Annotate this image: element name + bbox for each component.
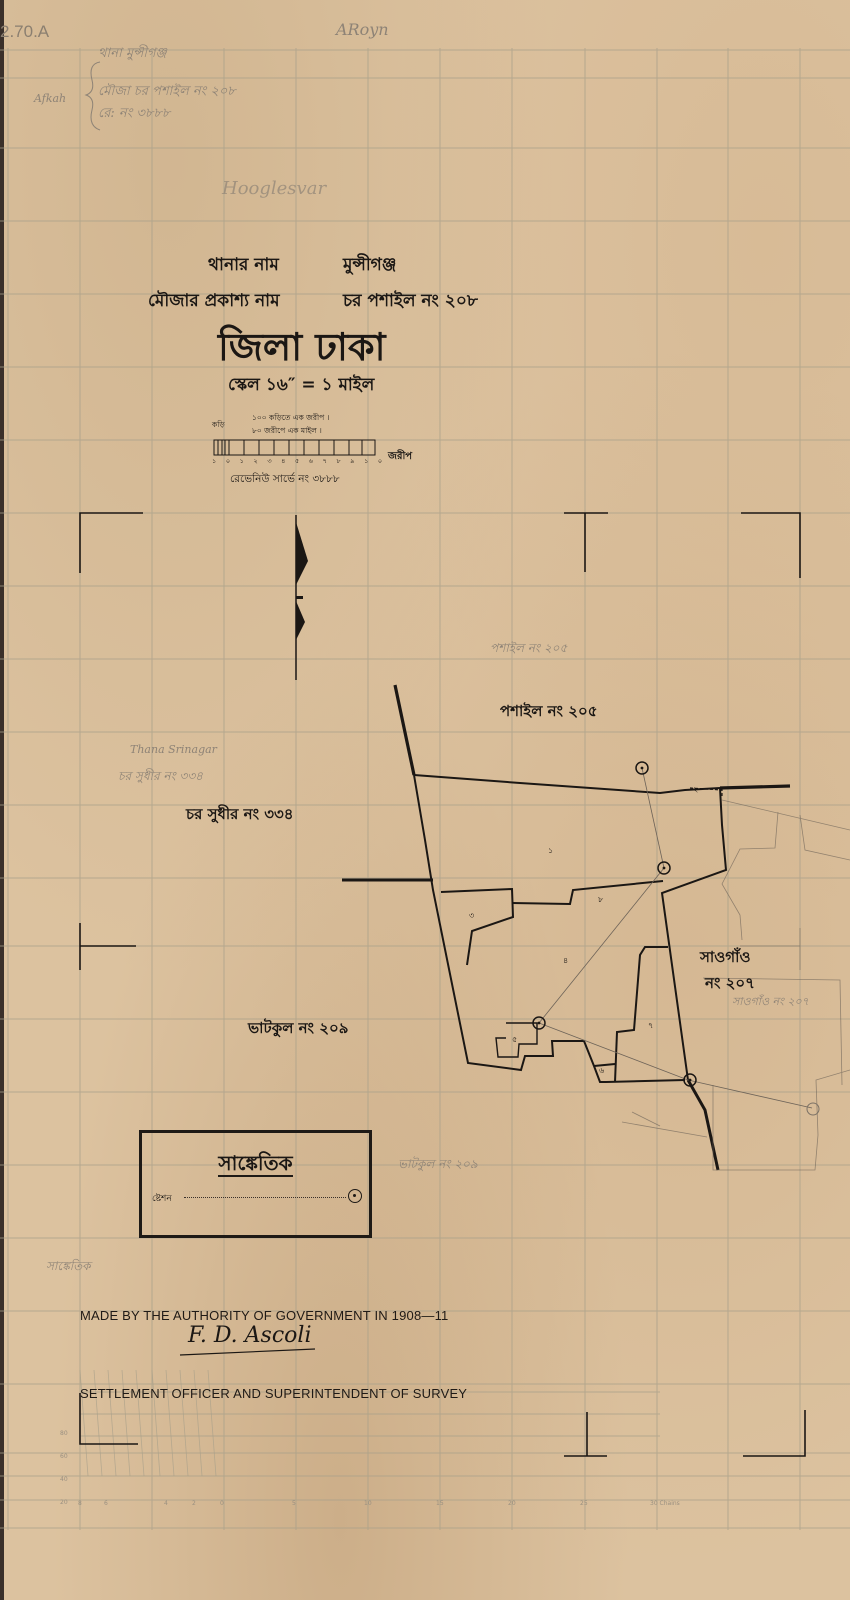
station-symbol-icon — [348, 1189, 362, 1203]
grid-and-linework — [0, 0, 850, 1600]
plot-number-3: ৩ — [469, 910, 474, 923]
scale-ticks: ১০১২৩৪৫৬৭৮৯১০ — [212, 456, 392, 467]
mouza-boundary — [342, 685, 790, 1170]
scale-note-2: ৮০ জরীপে এক মাইল । — [252, 426, 322, 438]
stations — [533, 762, 819, 1115]
legend-box: সাঙ্কেতিক ষ্টেশন — [139, 1130, 372, 1238]
traverse-lines — [539, 768, 812, 1108]
village-label-char-sudhir-334: চর সুধীর নং ৩৩৪ — [186, 803, 294, 828]
village-label-bhatkul-209: ভাটকুল নং ২০৯ — [248, 1017, 348, 1042]
sheet-number: 2.70.A — [0, 22, 49, 42]
scale-bar-graphic — [214, 440, 375, 455]
mouza-value: চর পশাইল নং ২০৮ — [343, 288, 478, 316]
map-sheet: 2.70.A থানা মুন্সীগঞ্জ মৌজা চর পশাইল নং … — [0, 0, 850, 1600]
bottom-scale-y-labels: 80604020 — [60, 1422, 68, 1514]
plot-number-6: ৬ — [599, 1065, 604, 1078]
scale-left-label: কড়ি — [212, 420, 225, 432]
legend-title: সাঙ্কেতিক — [142, 1149, 369, 1182]
plot-number-5: ৫ — [512, 1034, 517, 1047]
thana-value: মুন্সীগঞ্জ — [343, 252, 396, 280]
scale-unit: জরীপ — [388, 449, 412, 466]
plot-number-4: ৪ — [563, 955, 568, 968]
plot-number-1: ১ — [548, 845, 553, 858]
mouza-label: মৌজার প্রকাশ্য নাম — [148, 288, 280, 316]
bottom-scale-x-labels: 8 6 4 2 0 5 10 15 20 25 30 Chains — [78, 1500, 798, 1512]
legend-station-label: ষ্টেশন — [152, 1191, 172, 1206]
pencil-signature-top: ARoyn — [336, 20, 389, 39]
pencil-label-char-sudhir: চর সুধীর নং ৩৩৪ — [118, 768, 203, 788]
officer-title: SETTLEMENT OFFICER AND SUPERINTENDENT OF… — [80, 1386, 467, 1401]
authority-text: MADE BY THE AUTHORITY OF GOVERNMENT IN 1… — [80, 1308, 448, 1323]
village-label-poshail-205: পশাইল নং ২০৫ — [500, 700, 597, 725]
legend-dotted-line — [184, 1197, 346, 1198]
pencil-initials: Afkah — [34, 92, 66, 105]
pencil-note-rs: রে: নং ৩৮৮৮ — [98, 104, 170, 125]
pencil-label-saogaon: সাওগাঁও নং ২০৭ — [732, 993, 809, 1012]
scale-text: স্কেল ১৬″ = ১ মাইল — [228, 372, 374, 400]
station-dots — [538, 767, 692, 1082]
officer-signature: F. D. Ascoli — [188, 1323, 311, 1348]
thana-label: থানার নাম — [208, 252, 279, 280]
plot-number-7: ৭ — [648, 1020, 653, 1033]
pencil-label-thana: Thana Srinagar — [130, 743, 217, 756]
pencil-scribble: Hooglesvar — [222, 178, 326, 199]
pencil-note-thana: থানা মুন্সীগঞ্জ — [98, 44, 167, 65]
revenue-survey-number: রেভেনিউ সার্ভে নং ৩৮৮৮ — [230, 472, 340, 489]
scale-note-1: ১০০ কড়িতে এক জরীপ । — [252, 413, 329, 425]
pencil-legend-note: সাঙ্কেতিক — [46, 1258, 91, 1278]
village-label-saogaon: সাওগাঁও — [700, 946, 751, 971]
north-arrow — [296, 515, 308, 680]
pencil-label-bhatkul: ভাটকুল নং ২০৯ — [398, 1156, 478, 1176]
pencil-note-mouza: মৌজা চর পশাইল নং ২০৮ — [98, 82, 236, 103]
plot-number-2: ২ — [693, 784, 698, 797]
plot-number-8: ৮ — [598, 894, 603, 907]
pencil-label-poshail: পশাইল নং ২০৫ — [490, 640, 567, 660]
